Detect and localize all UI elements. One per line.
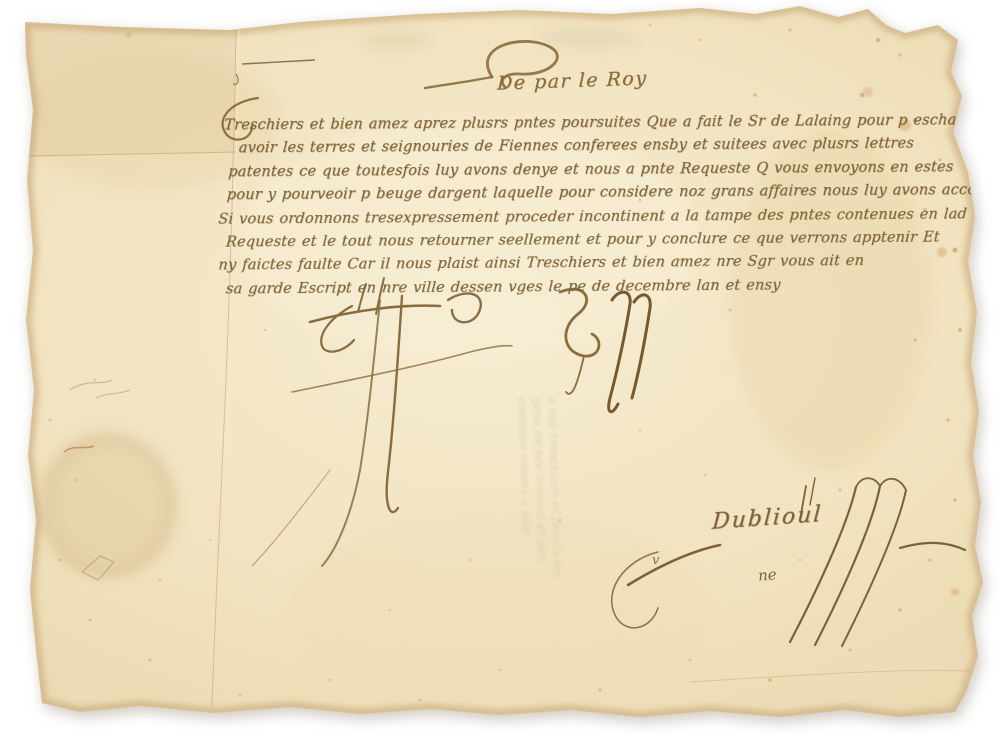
secretary-note: ne: [757, 565, 777, 585]
manuscript-letter: a noz treschiers et feaulx les gens de n…: [0, 0, 1000, 748]
manuscript-paper: a noz treschiers et feaulx les gens de n…: [0, 0, 1000, 748]
fold-panel: [26, 24, 236, 157]
stain-blotch: [38, 431, 178, 579]
secretary-mark: v: [652, 553, 659, 568]
letter-body: Treschiers et bien amez aprez plusrs pnt…: [213, 109, 935, 301]
manuscript-line: sa garde Escript en nre ville dessen vge…: [225, 273, 924, 301]
manuscript-line: ny faictes faulte Car il nous plaist ain…: [218, 250, 926, 278]
